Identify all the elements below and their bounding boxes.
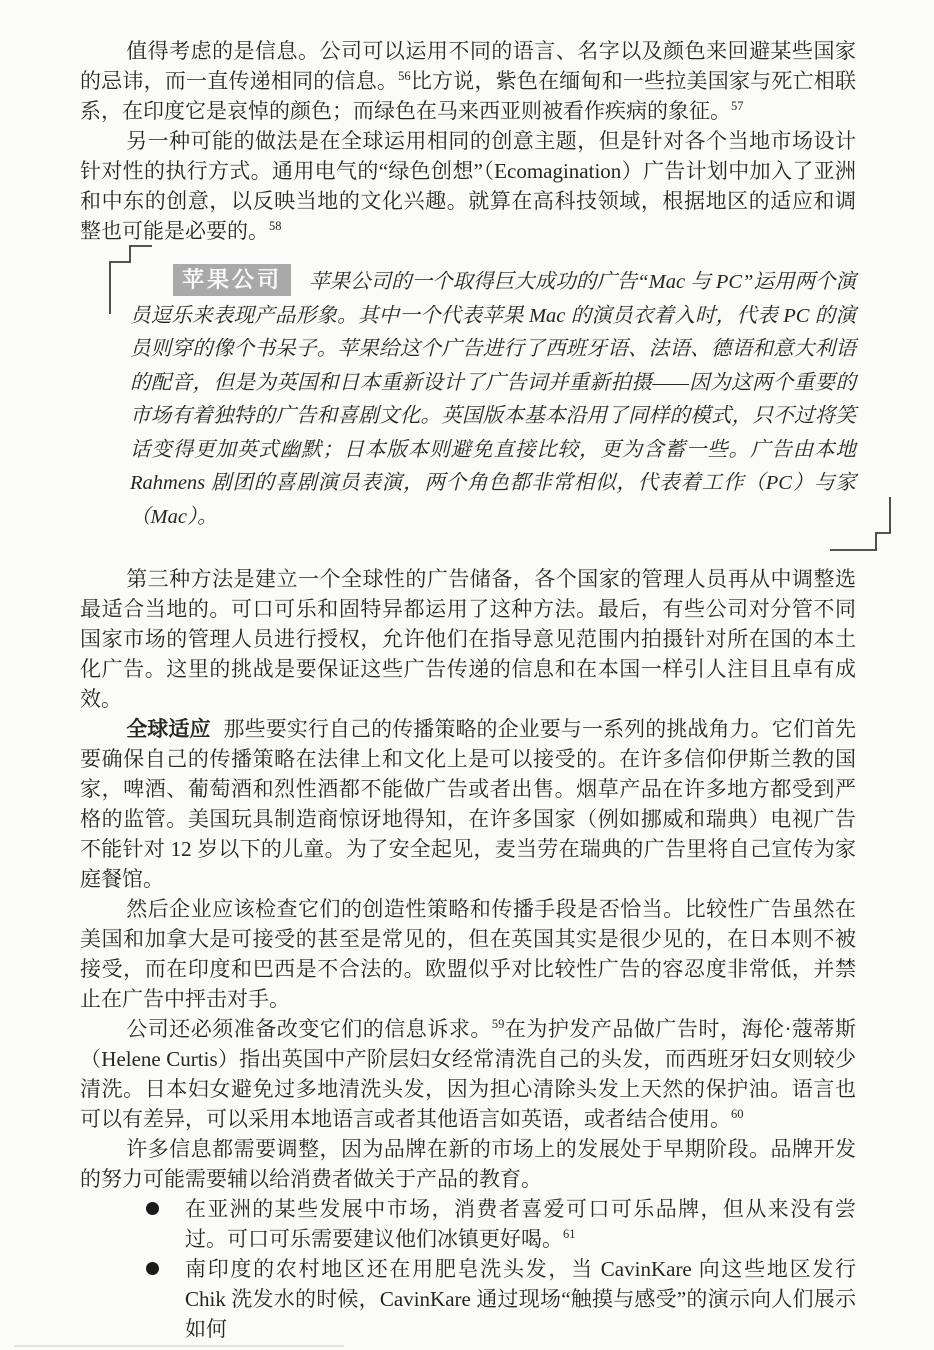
paragraph-7-text: 许多信息都需要调整，因为品牌在新的市场上的发展处于早期阶段。品牌开发的努力可能需…	[80, 1137, 856, 1191]
paragraph-3: 第三种方法是建立一个全球性的广告储备，各个国家的管理人员再从中调整选最适合当地的…	[80, 564, 856, 714]
global-adaptation-heading: 全球适应	[126, 717, 210, 741]
paragraph-5: 然后企业应该检查它们的创造性策略和传播手段是否恰当。比较性广告虽然在美国和加拿大…	[80, 894, 856, 1014]
footnote-ref-58: 58	[269, 219, 282, 233]
paragraph-4: 全球适应那些要实行自己的传播策略的企业要与一系列的挑战角力。它们首先要确保自己的…	[80, 714, 856, 894]
footnote-ref-57: 57	[731, 99, 744, 113]
bullet-2-text: 南印度的农村地区还在用肥皂洗头发，当 CavinKare 向这些地区发行 Chi…	[185, 1257, 856, 1341]
paragraph-5-text: 然后企业应该检查它们的创造性策略和传播手段是否恰当。比较性广告虽然在美国和加拿大…	[80, 897, 856, 1011]
apple-case-box: 苹果公司苹果公司的一个取得巨大成功的广告“Mac 与 PC”运用两个演员逗乐来表…	[130, 264, 856, 534]
bullet-1-text: 在亚洲的某些发展中市场，消费者喜爱可口可乐品牌，但从来没有尝过。可口可乐需要建议…	[185, 1197, 856, 1251]
scan-edge-artifact	[14, 1345, 344, 1347]
bullet-item-1: 在亚洲的某些发展中市场，消费者喜爱可口可乐品牌，但从来没有尝过。可口可乐需要建议…	[80, 1194, 856, 1254]
paragraph-3-text: 第三种方法是建立一个全球性的广告储备，各个国家的管理人员再从中调整选最适合当地的…	[80, 567, 856, 711]
footnote-ref-56: 56	[398, 69, 411, 83]
footnote-ref-59: 59	[492, 1017, 505, 1031]
bullet-item-2: 南印度的农村地区还在用肥皂洗头发，当 CavinKare 向这些地区发行 Chi…	[80, 1254, 856, 1344]
paragraph-2-text: 另一种可能的做法是在全球运用相同的创意主题，但是针对各个当地市场设计针对性的执行…	[80, 129, 856, 243]
bullet-icon	[146, 1262, 159, 1275]
text-column: 值得考虑的是信息。公司可以运用不同的语言、名字以及颜色来回避某些国家的忌讳，而一…	[80, 36, 856, 1344]
bullet-icon	[146, 1202, 159, 1215]
paragraph-4-text: 那些要实行自己的传播策略的企业要与一系列的挑战角力。它们首先要确保自己的传播策略…	[80, 717, 856, 891]
footnote-ref-61: 61	[563, 1227, 576, 1241]
paragraph-6: 公司还必须准备改变它们的信息诉求。59在为护发产品做广告时，海伦·蔻蒂斯（Hel…	[80, 1014, 856, 1134]
paragraph-1: 值得考虑的是信息。公司可以运用不同的语言、名字以及颜色来回避某些国家的忌讳，而一…	[80, 36, 856, 126]
footnote-ref-60: 60	[731, 1107, 744, 1121]
case-box-top-left-bracket-icon	[106, 244, 156, 318]
paragraph-7: 许多信息都需要调整，因为品牌在新的市场上的发展处于早期阶段。品牌开发的努力可能需…	[80, 1134, 856, 1194]
case-box-bottom-right-bracket-icon	[816, 494, 892, 552]
paragraph-6-text-a: 公司还必须准备改变它们的信息诉求。	[126, 1017, 492, 1041]
case-box-text: 苹果公司苹果公司的一个取得巨大成功的广告“Mac 与 PC”运用两个演员逗乐来表…	[130, 264, 856, 534]
paragraph-2: 另一种可能的做法是在全球运用相同的创意主题，但是针对各个当地市场设计针对性的执行…	[80, 126, 856, 246]
case-box-body-text: 苹果公司的一个取得巨大成功的广告“Mac 与 PC”运用两个演员逗乐来表现产品形…	[130, 271, 856, 528]
case-box-label: 苹果公司	[173, 264, 291, 296]
